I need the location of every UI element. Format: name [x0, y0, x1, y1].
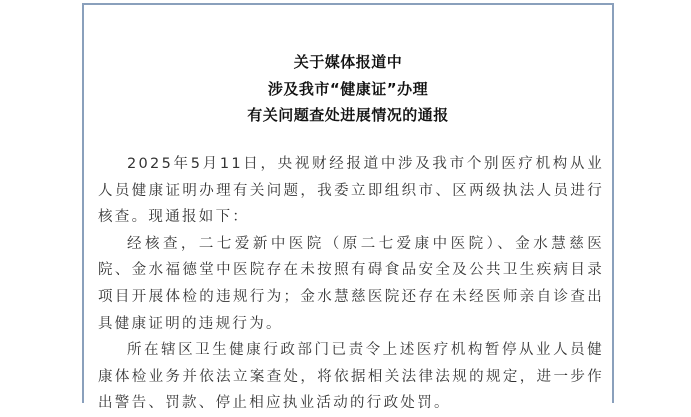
paragraph-penalties: 所在辖区卫生健康行政部门已责令上述医疗机构暂停从业人员健康体检业务并依法立案查处…: [98, 337, 604, 350]
document-body: 2025年5月11日，央视财经报道中涉及我市个别医疗机构从业人员健康证明办理有关…: [98, 151, 604, 350]
paragraph-findings: 经核查，二七爱新中医院（原二七爱康中医院）、金水慧慈医院、金水福德堂中医院存在未…: [98, 231, 604, 337]
document-frame: 关于媒体报道中 涉及我市“健康证”办理 有关问题查处进展情况的通报 2025年5…: [82, 3, 614, 350]
document-title: 关于媒体报道中 涉及我市“健康证”办理 有关问题查处进展情况的通报: [84, 49, 612, 129]
title-line-1: 关于媒体报道中: [84, 49, 612, 76]
paragraph-intro: 2025年5月11日，央视财经报道中涉及我市个别医疗机构从业人员健康证明办理有关…: [98, 151, 604, 231]
title-line-3: 有关问题查处进展情况的通报: [84, 102, 612, 129]
title-line-2: 涉及我市“健康证”办理: [84, 76, 612, 103]
